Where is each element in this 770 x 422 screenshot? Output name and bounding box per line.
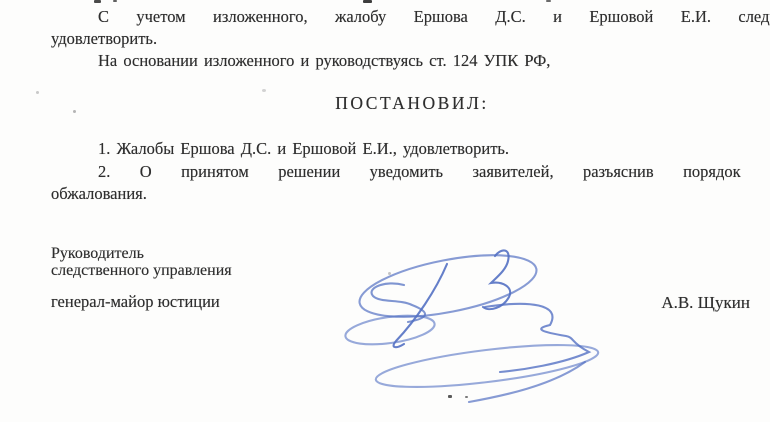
paragraph1-line2: удовлетворить.: [51, 28, 157, 49]
handwritten-signature-scribble: [337, 244, 627, 414]
resolution-item-1: 1. Жалобы Ершова Д.С. и Ершовой Е.И., уд…: [51, 138, 509, 159]
official-rank: генерал-майор юстиции: [51, 291, 220, 312]
signer-name: А.В. Щукин: [638, 292, 750, 313]
pen-mark: [465, 396, 468, 398]
paragraph1-line1: С учетом изложенного, жалобу Ершова Д.С.…: [51, 6, 770, 27]
resolution-item-2-line1: 2. О принятом решении уведомить заявител…: [51, 161, 770, 182]
resolution-item-2-line2: обжалования.: [51, 183, 147, 204]
top-cutoff-text-fragment: [546, 0, 551, 2]
scan-speck: [36, 91, 39, 94]
scan-speck: [262, 89, 266, 92]
paragraph2-line: На основании изложенного и руководствуяс…: [51, 50, 550, 71]
official-title-line2: следственного управления: [51, 260, 232, 281]
resolution-heading: ПОСТАНОВИЛ:: [80, 93, 744, 114]
top-cutoff-text-fragment: [113, 0, 117, 2]
pen-mark: [448, 395, 452, 398]
top-cutoff-text-fragment: [94, 0, 101, 3]
scan-speck: [388, 272, 391, 275]
top-cutoff-text-fragment: [363, 0, 372, 3]
scanned-document-page: С учетом изложенного, жалобу Ершова Д.С.…: [0, 0, 770, 422]
scan-speck: [73, 110, 76, 113]
